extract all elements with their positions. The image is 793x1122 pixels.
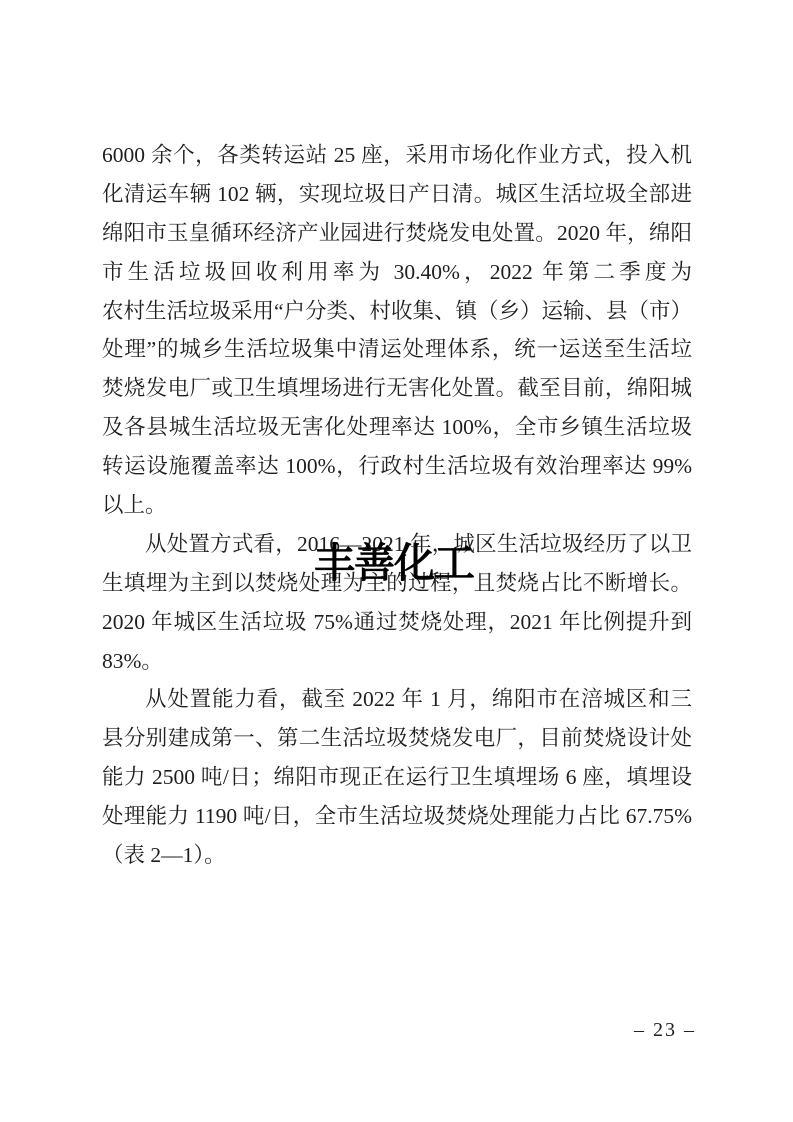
text-line: 转运设施覆盖率达 100%，行政村生活垃圾有效治理率达 99% bbox=[102, 447, 692, 486]
text-line: （表 2—1）。 bbox=[102, 836, 692, 875]
text-line: 从处置能力看，截至 2022 年 1 月，绵阳市在涪城区和三台 bbox=[102, 680, 692, 719]
text-line: 化清运车辆 102 辆，实现垃圾日产日清。城区生活垃圾全部进入 bbox=[102, 175, 692, 214]
text-line: 能力 2500 吨/日；绵阳市现正在运行卫生填埋场 6 座，填埋设计 bbox=[102, 758, 692, 797]
text-line: 2020 年城区生活垃圾 75%通过焚烧处理，2021 年比例提升到 bbox=[102, 603, 692, 642]
text-line: 及各县城生活垃圾无害化处理率达 100%，全市乡镇生活垃圾收 bbox=[102, 408, 692, 447]
text-line: 农村生活垃圾采用“户分类、村收集、镇（乡）运输、县（市） bbox=[102, 292, 692, 331]
page-number: – 23 – bbox=[634, 1019, 696, 1042]
text-line: 83%。 bbox=[102, 642, 692, 681]
text-line: 县分别建成第一、第二生活垃圾焚烧发电厂，目前焚烧设计处理 bbox=[102, 719, 692, 758]
text-line: 处理能力 1190 吨/日，全市生活垃圾焚烧处理能力占比 67.75% bbox=[102, 797, 692, 836]
text-line: 绵阳市玉皇循环经济产业园进行焚烧发电处置。2020 年，绵阳 bbox=[102, 214, 692, 253]
document-page: 6000 余个，各类转运站 25 座，采用市场化作业方式，投入机械化清运车辆 1… bbox=[0, 0, 793, 1122]
text-line: 以上。 bbox=[102, 486, 692, 525]
text-line: 市生活垃圾回收利用率为 30.40%，2022 年第二季度为 33.03%。 bbox=[102, 253, 692, 292]
text-line: 6000 余个，各类转运站 25 座，采用市场化作业方式，投入机械 bbox=[102, 136, 692, 175]
text-line: 处理”的城乡生活垃圾集中清运处理体系，统一运送至生活垃圾 bbox=[102, 330, 692, 369]
body-text: 6000 余个，各类转运站 25 座，采用市场化作业方式，投入机械化清运车辆 1… bbox=[102, 136, 692, 875]
watermark-text: 丰善化工 bbox=[314, 541, 484, 585]
text-line: 焚烧发电厂或卫生填埋场进行无害化处置。截至目前，绵阳城区 bbox=[102, 369, 692, 408]
